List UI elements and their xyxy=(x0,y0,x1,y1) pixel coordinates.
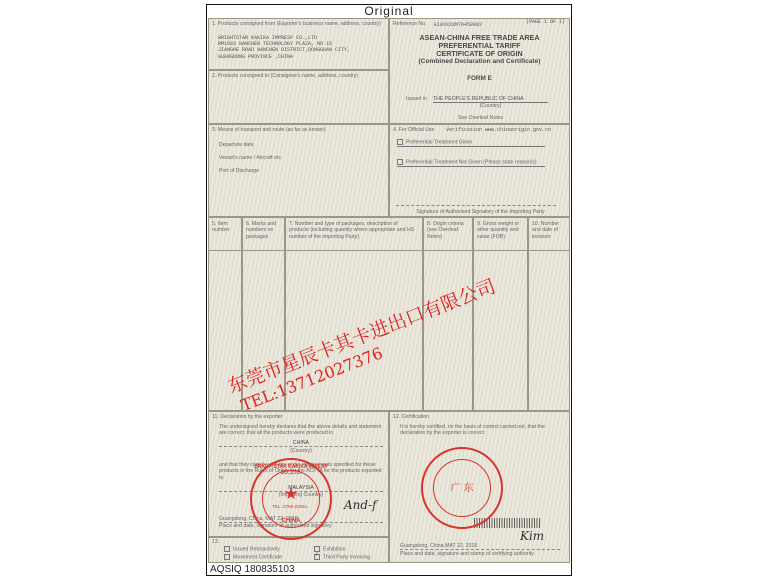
authority-seal-center: 广 东 xyxy=(423,479,501,494)
col-header: 7. Number and type of packages, descript… xyxy=(289,221,417,240)
authority-signature: Kim xyxy=(520,533,544,539)
exporter-seal: ★ TEL: 0769-23061.. CHINA BRIGHTSTAR KAK… xyxy=(250,458,332,540)
checkbox[interactable] xyxy=(224,554,230,560)
option-label: Movement Certificate xyxy=(233,554,282,560)
authority-seal: 广 东 xyxy=(421,447,503,529)
box-official-use: 4. For Official Use Verification www.chi… xyxy=(389,124,570,217)
option-issued-retroactively: Issued Retroactively xyxy=(224,546,280,553)
declaration-text: The undersigned hereby declares that the… xyxy=(219,424,385,437)
form-title: FORM E xyxy=(390,74,569,83)
col-header: 10. Number and date of invoices xyxy=(532,221,569,240)
col-header: 6. Marks and numbers on packages xyxy=(246,221,284,240)
departure-date-label: Departure date xyxy=(219,142,254,148)
certification-text: It is hereby certified, on the basis of … xyxy=(400,424,568,437)
box2-label: 2. Products consigned to (Consignee's na… xyxy=(212,73,358,79)
port-label: Port of Discharge xyxy=(219,168,259,174)
verification-url: Verification www.chinaorigin.gov.cn xyxy=(446,127,551,133)
signature-caption: Signature of Authorised Signatory of the… xyxy=(390,209,571,215)
option-label: Third Party Invoicing xyxy=(323,554,370,560)
country-caption: (Country) xyxy=(219,448,383,454)
option-label: Preferential Treatment Not Given (Please… xyxy=(406,159,537,165)
box-exporter: 1. Products consigned from (Exporter's b… xyxy=(208,18,389,70)
exporter-seal-country: CHINA xyxy=(252,518,330,524)
checkbox[interactable] xyxy=(397,159,403,165)
authority-place-caption: Place and date, signature and stamp of c… xyxy=(400,551,534,557)
col-header: 5. Item number xyxy=(212,221,241,234)
option-label: Issued Retroactively xyxy=(233,546,280,552)
exporter-seal-tel: TEL: 0769-23061.. xyxy=(252,504,330,509)
box13-label: 13. xyxy=(212,539,219,545)
option-third-party-invoicing: /Third Party Invoicing xyxy=(314,554,370,561)
star-icon: ★ xyxy=(252,484,330,504)
box-transport: 3. Means of transport and route (as far … xyxy=(208,124,389,217)
option-exhibition: Exhibition xyxy=(314,546,346,553)
exporter-line: JIANGHE ROAD NANCHEN DISTRICT,DONGGUAN C… xyxy=(218,47,350,53)
overleaf-notes: See Overleaf Notes xyxy=(390,115,571,121)
box-header: Reference No. E18XXXXM70450002 (PAGE 1 O… xyxy=(389,18,570,124)
issued-in-label: Issued in xyxy=(406,96,427,102)
col-gross-weight: 9. Gross weight or other quantity and va… xyxy=(473,217,528,411)
box-13: 13. Issued Retroactively Exhibition Move… xyxy=(208,537,389,563)
page-indicator: (PAGE 1 OF 1) xyxy=(526,19,565,25)
document-heading: Original xyxy=(206,4,572,18)
box1-label: 1. Products consigned from (Exporter's b… xyxy=(212,21,384,27)
checkbox[interactable] xyxy=(397,139,403,145)
box-consignee: 2. Products consigned to (Consignee's na… xyxy=(208,70,389,124)
option-label: Preferential Treatment Given xyxy=(406,139,472,145)
aqsiq-code: AQSIQ 180835103 xyxy=(210,564,295,575)
authority-place-date: Guangdong, China,MAT 22, 2018 xyxy=(400,543,560,550)
table-header-divider xyxy=(208,250,570,251)
col-invoices: 10. Number and date of invoices xyxy=(528,217,570,411)
exporter-signature: And-f xyxy=(344,502,377,508)
option-label: Exhibition xyxy=(323,546,346,552)
box12-label: 12. Certification xyxy=(393,414,429,420)
signature-line xyxy=(396,205,556,206)
reference-label: Reference No. xyxy=(393,21,426,27)
header-line: (Combined Declaration and Certificate) xyxy=(390,57,569,66)
exporter-address: BRIGHTSTAR KAKIKA IMPRESP CO.,LTD RM1603… xyxy=(218,35,350,60)
exporter-seal-ring: BRIGHTSTAR KAKIKA IMPEXP CO.,LTD. xyxy=(252,464,330,476)
box11-label: 11. Declaration by the exporter xyxy=(212,414,283,420)
option-movement-certificate: Movement Certificate xyxy=(224,554,282,561)
exporter-line: GUANGDONG PROVINCE ,CHINA xyxy=(218,54,350,60)
checkbox-checked[interactable]: / xyxy=(314,554,320,560)
country-caption: (Country) xyxy=(433,103,548,109)
box4-label: 4. For Official Use xyxy=(393,127,434,133)
reference-number: E18XXXXM70450002 xyxy=(434,22,482,28)
box3-label: 3. Means of transport and route (as far … xyxy=(212,127,326,133)
col-header: 8. Origin criteria (see Overleaf Notes) xyxy=(427,221,472,240)
preferential-not-given: Preferential Treatment Not Given (Please… xyxy=(397,159,545,167)
preferential-given: Preferential Treatment Given xyxy=(397,139,545,147)
vessel-label: Vessel's name / Aircraft etc. xyxy=(219,155,283,161)
country-value: CHINA xyxy=(219,440,383,447)
checkbox[interactable] xyxy=(224,546,230,552)
col-header: 9. Gross weight or other quantity and va… xyxy=(477,221,527,240)
